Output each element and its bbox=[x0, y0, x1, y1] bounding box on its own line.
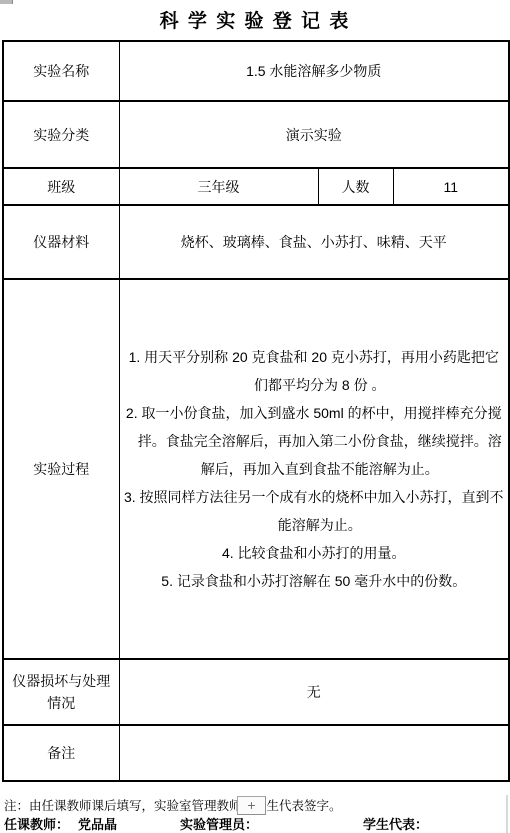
teacher-label: 任课教师： bbox=[4, 817, 69, 832]
student-count-value[interactable]: 11 bbox=[393, 168, 509, 205]
damage-value[interactable]: 无 bbox=[119, 659, 509, 725]
experiment-form-table: 实验名称 1.5 水能溶解多少物质 实验分类 演示实验 班级 三年级 人数 11… bbox=[2, 40, 510, 782]
process-step: 2. 取一小份食盐，加入到盛水 50ml 的杯中，用搅拌棒充分搅拌。食盐完全溶解… bbox=[124, 399, 505, 483]
student-signature: 学生代表： bbox=[363, 814, 428, 833]
class-value[interactable]: 三年级 bbox=[119, 168, 318, 205]
row-materials: 仪器材料 烧杯、玻璃棒、食盐、小苏打、味精、天平 bbox=[3, 205, 509, 279]
teacher-signature: 任课教师：党品晶 bbox=[4, 814, 117, 833]
manager-signature: 实验管理员： bbox=[180, 814, 258, 833]
row-experiment-category: 实验分类 演示实验 bbox=[3, 101, 509, 168]
row-remarks: 备注 bbox=[3, 725, 509, 781]
row-class: 班级 三年级 人数 11 bbox=[3, 168, 509, 205]
manager-label: 实验管理员： bbox=[180, 817, 258, 832]
table-insert-plus-button[interactable]: + bbox=[237, 796, 266, 815]
teacher-name: 党品晶 bbox=[78, 817, 117, 832]
class-label: 班级 bbox=[3, 168, 119, 205]
process-step: 1. 用天平分别称 20 克食盐和 20 克小苏打，再用小药匙把它们都平均分为 … bbox=[124, 343, 505, 399]
window-corner-artifact bbox=[0, 0, 13, 4]
process-step: 3. 按照同样方法往另一个成有水的烧杯中加入小苏打，直到不能溶解为止。 bbox=[124, 483, 505, 539]
remarks-value[interactable] bbox=[119, 725, 509, 781]
experiment-category-value[interactable]: 演示实验 bbox=[119, 101, 509, 168]
row-experiment-name: 实验名称 1.5 水能溶解多少物质 bbox=[3, 41, 509, 101]
materials-label: 仪器材料 bbox=[3, 205, 119, 279]
process-label: 实验过程 bbox=[3, 279, 119, 659]
page-edge-artifact bbox=[506, 795, 508, 833]
page-title: 科 学 实 验 登 记 表 bbox=[0, 6, 510, 33]
materials-value[interactable]: 烧杯、玻璃棒、食盐、小苏打、味精、天平 bbox=[119, 205, 509, 279]
signature-line: 任课教师：党品晶 实验管理员： 学生代表： bbox=[0, 814, 510, 832]
experiment-name-value[interactable]: 1.5 水能溶解多少物质 bbox=[119, 41, 509, 101]
remarks-label: 备注 bbox=[3, 725, 119, 781]
row-process: 实验过程 1. 用天平分别称 20 克食盐和 20 克小苏打，再用小药匙把它们都… bbox=[3, 279, 509, 659]
damage-label: 仪器损坏与处理情况 bbox=[3, 659, 119, 725]
process-value[interactable]: 1. 用天平分别称 20 克食盐和 20 克小苏打，再用小药匙把它们都平均分为 … bbox=[119, 279, 509, 659]
student-label: 学生代表： bbox=[363, 817, 428, 832]
process-step: 4. 比较食盐和小苏打的用量。 bbox=[124, 539, 505, 567]
row-damage: 仪器损坏与处理情况 无 bbox=[3, 659, 509, 725]
experiment-name-label: 实验名称 bbox=[3, 41, 119, 101]
experiment-category-label: 实验分类 bbox=[3, 101, 119, 168]
process-step: 5. 记录食盐和小苏打溶解在 50 毫升水中的份数。 bbox=[124, 567, 505, 595]
student-count-label: 人数 bbox=[318, 168, 393, 205]
